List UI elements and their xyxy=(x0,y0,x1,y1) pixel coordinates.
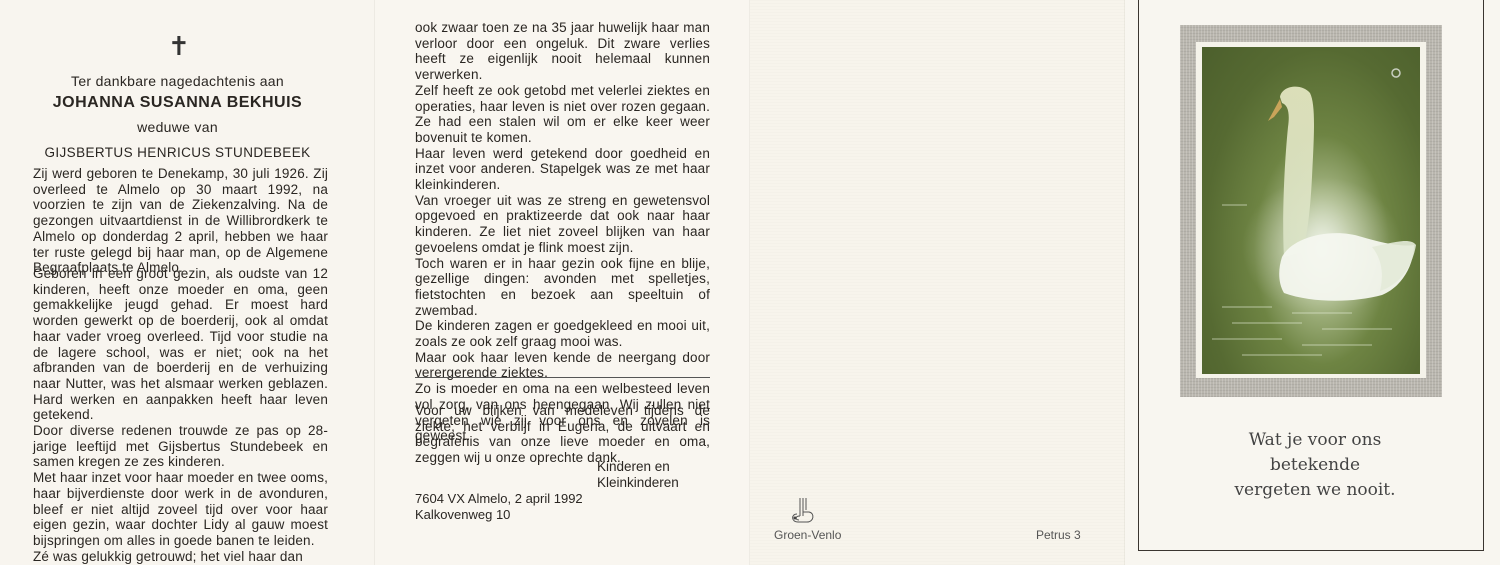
swan-photo xyxy=(1202,47,1420,374)
address: 7604 VX Almelo, 2 april 1992 Kalkovenweg… xyxy=(415,491,583,523)
paragraph: Toch waren er in haar gezin ook fijne en… xyxy=(415,256,710,319)
deceased-name: JOHANNA SUSANNA BEKHUIS xyxy=(0,94,355,112)
photo-mat xyxy=(1180,25,1442,397)
verse-line: vergeten we nooit. xyxy=(1165,478,1465,503)
swan-icon xyxy=(1202,47,1420,374)
paragraph: Voor uw blijken van medeleven tijdens de… xyxy=(415,403,710,466)
biography-text: Geboren in een groot gezin, als oudste v… xyxy=(33,266,328,564)
paragraph: Geboren in een groot gezin, als oudste v… xyxy=(33,266,328,423)
paragraph: Zelf heeft ze ook getobd met velerlei zi… xyxy=(415,83,710,146)
paragraph: Met haar inzet voor haar moeder en twee … xyxy=(33,470,328,549)
signature: Kinderen en Kleinkinderen xyxy=(597,459,679,491)
thanks-text: Voor uw blijken van medeleven tijdens de… xyxy=(415,403,710,466)
memorial-intro: Ter dankbare nagedachtenis aan xyxy=(0,73,355,89)
memorial-verse: Wat je voor ons betekende vergeten we no… xyxy=(1165,428,1465,503)
address-line: Kalkovenweg 10 xyxy=(415,507,583,523)
signature-line: Kinderen en xyxy=(597,459,679,475)
cross-icon: ✝ xyxy=(168,34,190,60)
publisher-name: Groen-Venlo xyxy=(774,528,841,542)
photo-border xyxy=(1196,42,1426,378)
paragraph: Van vroeger uit was ze streng en geweten… xyxy=(415,193,710,256)
divider xyxy=(415,377,710,378)
paragraph: Haar leven werd getekend door goedheid e… xyxy=(415,146,710,193)
panel-inside-left: ✝ Ter dankbare nagedachtenis aan JOHANNA… xyxy=(0,0,375,565)
relation-label: weduwe van xyxy=(0,119,355,135)
paragraph: Zé was gelukkig getrouwd; het viel haar … xyxy=(33,549,328,565)
verse-line: Wat je voor ons xyxy=(1165,428,1465,453)
address-line: 7604 VX Almelo, 2 april 1992 xyxy=(415,491,583,507)
biography-dates: Zij werd geboren te Denekamp, 30 juli 19… xyxy=(33,166,328,276)
signature-line: Kleinkinderen xyxy=(597,475,679,491)
publisher-logo-icon xyxy=(787,496,817,524)
verse-line: betekende xyxy=(1165,453,1465,478)
paragraph: De kinderen zagen er goedgekleed en mooi… xyxy=(415,318,710,349)
panel-back: Groen-Venlo Petrus 3 xyxy=(750,0,1125,565)
panel-inside-right: ook zwaar toen ze na 35 jaar huwelijk ha… xyxy=(375,0,750,565)
paragraph: Door diverse redenen trouwde ze pas op 2… xyxy=(33,423,328,470)
spouse-name: GIJSBERTUS HENRICUS STUNDEBEEK xyxy=(0,145,355,160)
biography-continued: ook zwaar toen ze na 35 jaar huwelijk ha… xyxy=(415,20,710,444)
paragraph: Zij werd geboren te Denekamp, 30 juli 19… xyxy=(33,166,328,276)
panel-front: Wat je voor ons betekende vergeten we no… xyxy=(1125,0,1500,565)
series-label: Petrus 3 xyxy=(1036,528,1081,542)
paragraph: ook zwaar toen ze na 35 jaar huwelijk ha… xyxy=(415,20,710,83)
